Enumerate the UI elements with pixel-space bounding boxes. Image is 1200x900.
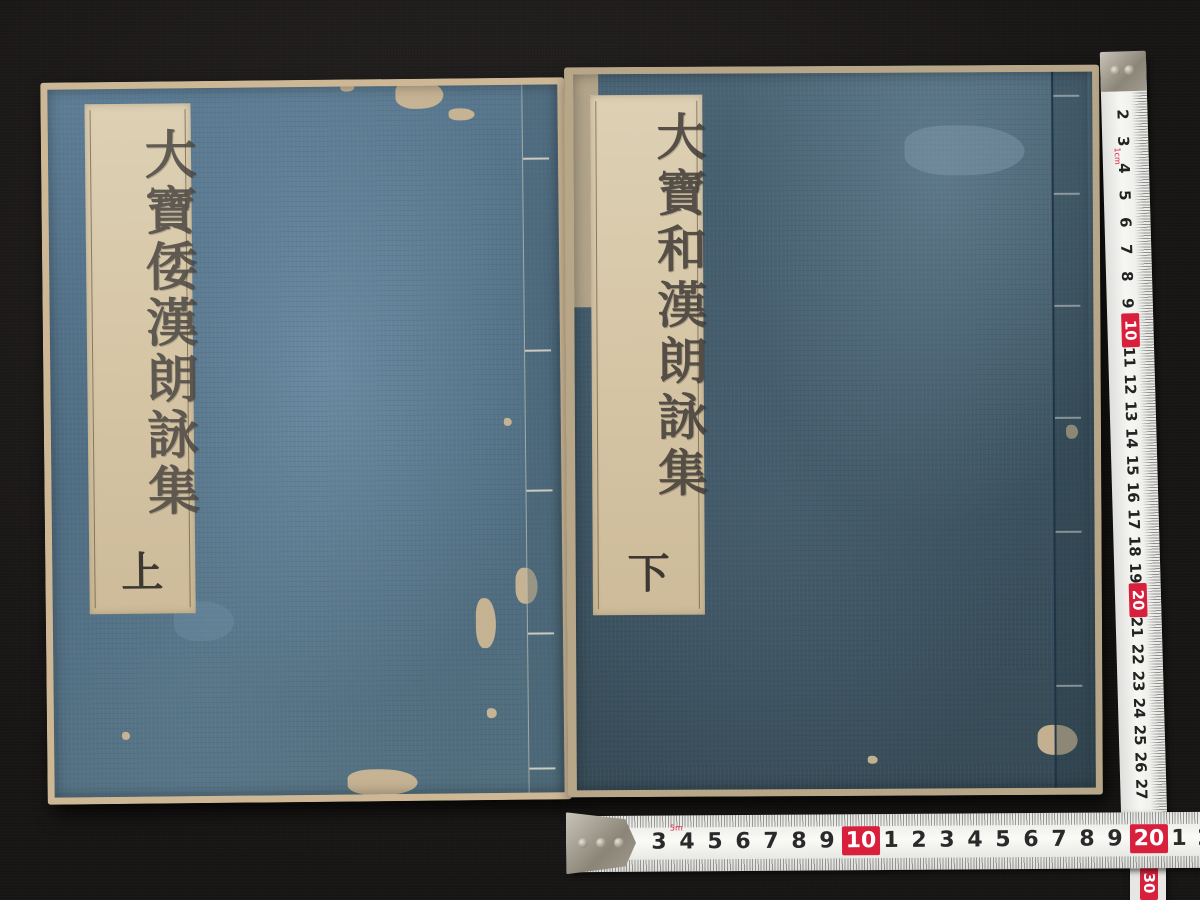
wear-spot xyxy=(868,756,878,764)
tape-number: 14 xyxy=(1122,423,1141,453)
tape-number: 22 xyxy=(1128,639,1147,669)
title-slip: 大寶倭漢朗詠集 上 xyxy=(84,103,195,614)
tape-number: 3 xyxy=(648,830,670,855)
binding-stitch xyxy=(1056,685,1082,687)
book-volume-upper: 大寶倭漢朗詠集 上 xyxy=(40,77,572,804)
book-volume-lower: 大寶和漢朗詠集 下 xyxy=(564,65,1103,798)
wear-spot xyxy=(347,769,417,796)
tape-number-highlight: 10 xyxy=(842,826,880,855)
binding-stitch xyxy=(1053,95,1079,97)
tape-number-highlight: 30 xyxy=(1140,866,1158,900)
rivet xyxy=(596,838,606,848)
tape-number: 1 xyxy=(1168,826,1190,851)
vertical-tape-continuation: 30 xyxy=(1130,868,1166,900)
tape-number: 8 xyxy=(1118,261,1137,291)
tape-number: 4 xyxy=(676,829,698,854)
rivet xyxy=(614,838,624,848)
tape-number: 11 xyxy=(1120,342,1139,372)
binding-stitch xyxy=(529,767,555,769)
binding-stitch xyxy=(528,632,554,634)
binding-stitch xyxy=(1056,531,1082,533)
tape-number: 3 xyxy=(1114,126,1133,156)
rivet xyxy=(578,838,588,848)
wear-spot xyxy=(122,732,130,740)
tape-number: 21 xyxy=(1127,612,1146,642)
tape-number: 8 xyxy=(1076,827,1098,852)
tape-number: 3 xyxy=(936,828,958,853)
tape-number: 1 xyxy=(880,828,902,853)
tape-number: 2 xyxy=(1113,99,1132,129)
tape-number: 7 xyxy=(1117,234,1136,264)
tape-number: 9 xyxy=(816,828,838,853)
wear-spot xyxy=(340,83,354,91)
tape-number: 8 xyxy=(788,829,810,854)
tape-number: 23 xyxy=(1129,666,1148,696)
tape-hook xyxy=(566,812,636,874)
binding-stitch xyxy=(523,157,549,159)
vertical-tape-measure: 1cm 2 3 4 5 6 7 8 9 10 11 12 13 14 15 16… xyxy=(1100,59,1167,820)
tape-hook xyxy=(1100,51,1147,92)
tape-number: 6 xyxy=(732,829,754,854)
tape-number: 6 xyxy=(1116,207,1135,237)
wear-spot xyxy=(476,598,497,648)
binding-stitch xyxy=(1054,305,1080,307)
tape-number: 13 xyxy=(1121,396,1140,426)
tape-number: 5 xyxy=(992,827,1014,852)
binding-stitch xyxy=(1055,417,1081,419)
binding-stitch xyxy=(525,349,551,351)
tape-ticks xyxy=(570,856,1200,872)
tape-number: 5 xyxy=(704,829,726,854)
volume-mark: 上 xyxy=(89,539,196,600)
photo-scene: 大寶倭漢朗詠集 上 大寶和漢朗詠集 下 xyxy=(0,0,1200,900)
tape-number-highlight: 20 xyxy=(1130,824,1168,853)
wear-spot xyxy=(504,418,512,426)
book-title: 大寶倭漢朗詠集 xyxy=(85,127,195,520)
wear-spot xyxy=(449,108,475,120)
rivet xyxy=(1124,65,1134,75)
faded-area xyxy=(904,125,1024,176)
tape-number: 26 xyxy=(1131,747,1150,777)
tape-number: 24 xyxy=(1130,693,1149,723)
tape-number: 2 xyxy=(908,828,930,853)
binding-strip xyxy=(1051,65,1091,795)
tape-number: 4 xyxy=(964,827,986,852)
tape-number: 12 xyxy=(1121,369,1140,399)
wear-spot xyxy=(395,81,443,110)
book-title: 大寶和漢朗詠集 xyxy=(590,111,704,504)
binding-stitch xyxy=(527,489,553,491)
title-slip: 大寶和漢朗詠集 下 xyxy=(590,95,705,616)
tape-number: 9 xyxy=(1104,826,1126,851)
wear-spot xyxy=(487,708,497,718)
tape-number: 15 xyxy=(1123,450,1142,480)
rivet xyxy=(1110,65,1120,75)
tape-number: 4 xyxy=(1115,153,1134,183)
tape-number: 17 xyxy=(1124,504,1143,534)
tape-number: 6 xyxy=(1020,827,1042,852)
binding-stitch xyxy=(1054,193,1080,195)
tape-number: 16 xyxy=(1124,477,1143,507)
tape-number: 25 xyxy=(1130,720,1149,750)
tape-number: 5 xyxy=(1115,180,1134,210)
binding-strip xyxy=(521,77,564,799)
horizontal-tape-measure: 5m 3 4 5 6 7 8 9 10 1 2 3 4 5 6 7 8 9 20… xyxy=(570,812,1200,872)
tape-number: 7 xyxy=(1048,827,1070,852)
tape-number: 7 xyxy=(760,829,782,854)
volume-mark: 下 xyxy=(593,541,705,602)
tape-number: 27 xyxy=(1132,774,1151,804)
tape-number: 2 xyxy=(1194,826,1200,851)
tape-number: 18 xyxy=(1125,531,1144,561)
